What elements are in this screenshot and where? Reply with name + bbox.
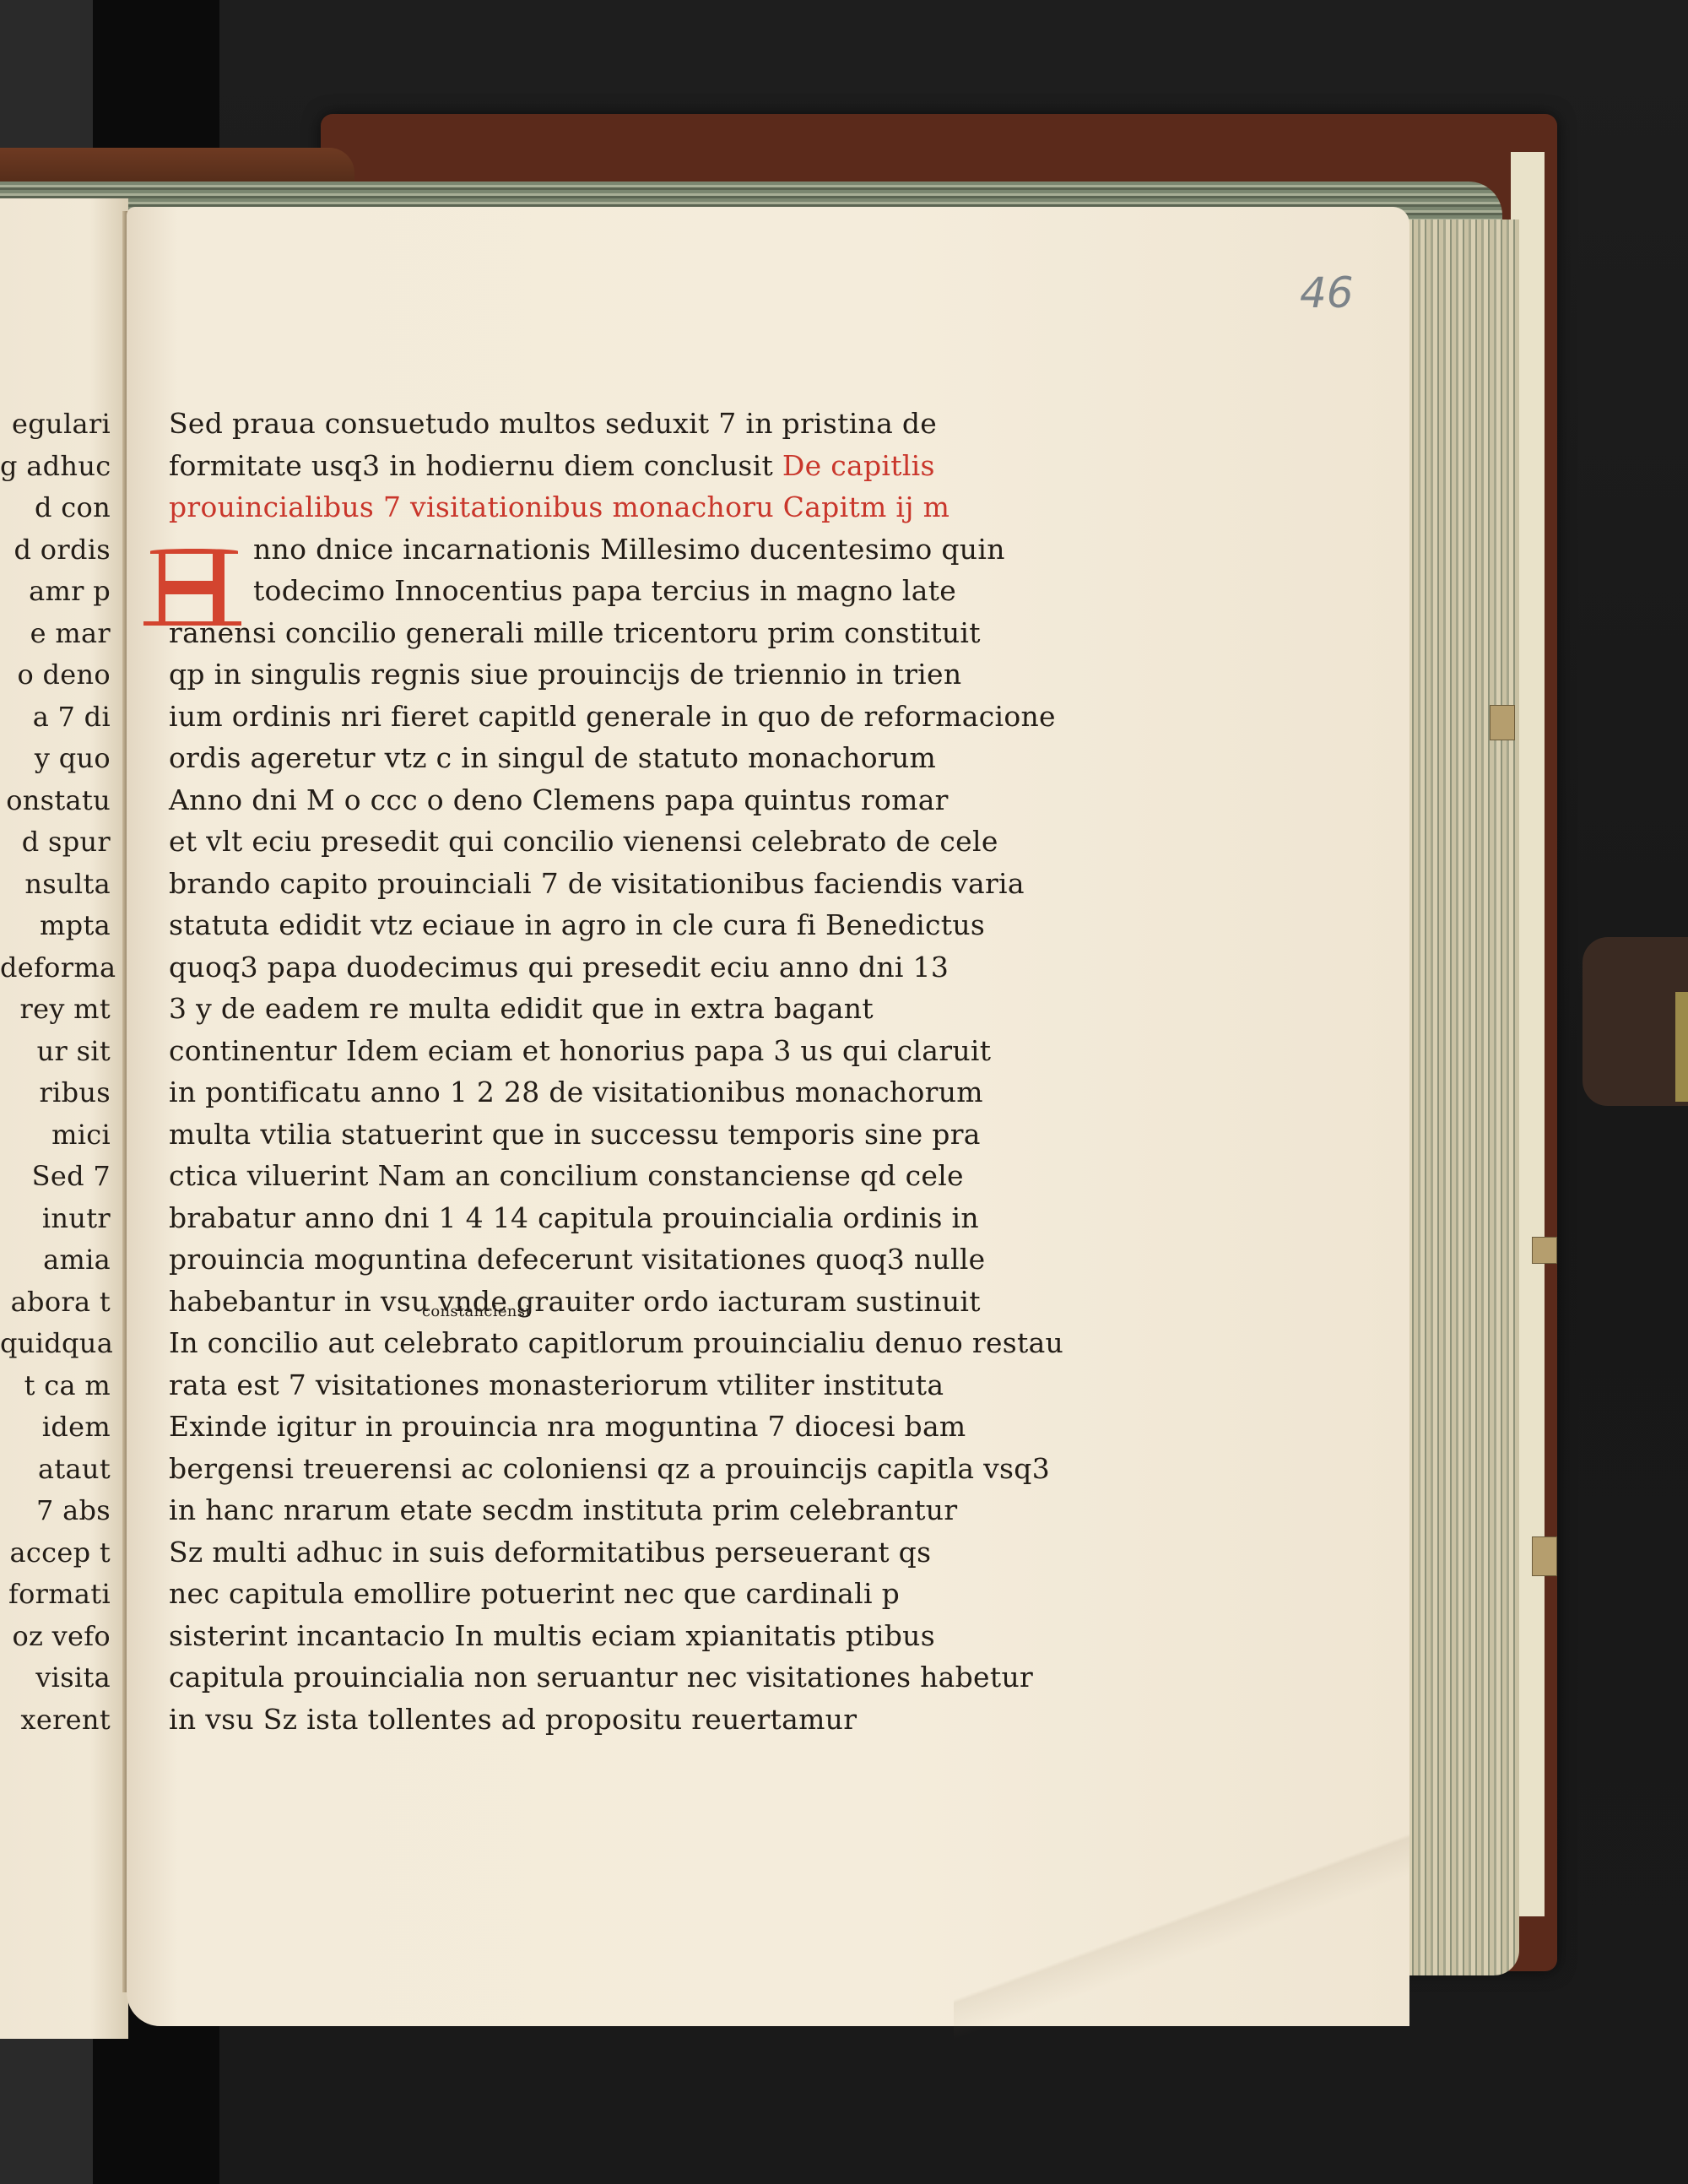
text-line: in vsu Sz ista tollentes ad propositu re…: [169, 1699, 1123, 1742]
left-line: egulari: [0, 404, 122, 446]
left-line: d spur: [0, 821, 122, 864]
text-line: continentur Idem eciam et honorius papa …: [169, 1031, 1123, 1073]
text-line: qp in singulis regnis siue prouincijs de…: [169, 654, 1123, 696]
text-line: quoq3 papa duodecimus qui presedit eciu …: [169, 947, 1123, 989]
left-line: Sed 7: [0, 1156, 122, 1198]
left-line: t ca m: [0, 1365, 122, 1407]
left-line: nsulta: [0, 864, 122, 906]
rubric-heading: prouincialibus 7 visitationibus monachor…: [169, 487, 1123, 529]
text-line: multa vtilia statuerint que in successu …: [169, 1114, 1123, 1157]
text-line: nno dnice incarnationis Millesimo ducent…: [169, 529, 1123, 572]
left-line: 7 abs: [0, 1490, 122, 1532]
left-line: accep t: [0, 1532, 122, 1574]
left-line: d ordis: [0, 529, 122, 572]
text-line: in pontificatu anno 1 2 28 de visitation…: [169, 1072, 1123, 1114]
left-line: oz vefo: [0, 1616, 122, 1658]
left-line: y quo: [0, 738, 122, 780]
left-line: amr p: [0, 571, 122, 613]
left-line: mici: [0, 1114, 122, 1157]
left-line: mpta: [0, 905, 122, 947]
left-line: xerent: [0, 1699, 122, 1742]
left-line: ur sit: [0, 1031, 122, 1073]
clasp-strap: [1582, 937, 1688, 1106]
text-line: Sz multi adhuc in suis deformitatibus pe…: [169, 1532, 1123, 1574]
text-line: prouincia moguntina defecerunt visitatio…: [169, 1239, 1123, 1282]
left-line: amia: [0, 1239, 122, 1282]
text-line: et vlt eciu presedit qui concilio vienen…: [169, 821, 1123, 864]
left-line: rey mt: [0, 989, 122, 1031]
left-line: ataut: [0, 1449, 122, 1491]
left-line: visita: [0, 1657, 122, 1699]
text-line: habebantur in vsu vnde grauiter ordo iac…: [169, 1282, 1123, 1324]
text-line: ordis ageretur vtz c in singul de statut…: [169, 738, 1123, 780]
text-line: rata est 7 visitationes monasteriorum vt…: [169, 1365, 1123, 1407]
left-page-text: egulari g adhuc d con d ordis amr p e ma…: [0, 404, 122, 1741]
text-line: 3 y de eadem re multa edidit que in extr…: [169, 989, 1123, 1031]
text-line: brando capito prouinciali 7 de visitatio…: [169, 864, 1123, 906]
text-line: Exinde igitur in prouincia nra moguntina…: [169, 1406, 1123, 1449]
left-line: e mar: [0, 613, 122, 655]
rubric-heading: De capitlis: [782, 449, 935, 482]
left-line: abora t: [0, 1282, 122, 1324]
text-line: Sed praua consuetudo multos seduxit 7 in…: [169, 404, 1123, 446]
main-text: Sed praua consuetudo multos seduxit 7 in…: [169, 404, 1123, 1741]
text-line: sisterint incantacio In multis eciam xpi…: [169, 1616, 1123, 1658]
text-line: in hanc nrarum etate secdm instituta pri…: [169, 1490, 1123, 1532]
page-fold-crease: [954, 1790, 1409, 2043]
text-line: ctica viluerint Nam an concilium constan…: [169, 1156, 1123, 1198]
left-line: deforma: [0, 947, 122, 989]
page-tab: [1532, 1237, 1557, 1264]
left-line: g adhuc: [0, 446, 122, 488]
text-line: todecimo Innocentius papa tercius in mag…: [169, 571, 1123, 613]
text-segment: In concilio aut celebrato capitlorum pro…: [169, 1326, 1063, 1359]
text-line: brabatur anno dni 1 4 14 capitula prouin…: [169, 1198, 1123, 1240]
text-line: constanciensi In concilio aut celebrato …: [169, 1323, 1123, 1365]
text-line: formitate usq3 in hodiernu diem conclusi…: [169, 446, 1123, 488]
text-line: bergensi treuerensi ac coloniensi qz a p…: [169, 1449, 1123, 1491]
text-line: ranensi concilio generali mille tricento…: [169, 613, 1123, 655]
text-line: nec capitula emollire potuerint nec que …: [169, 1574, 1123, 1616]
left-line: ribus: [0, 1072, 122, 1114]
text-line: capitula prouincialia non seruantur nec …: [169, 1657, 1123, 1699]
left-line: formati: [0, 1574, 122, 1616]
page-tab: [1532, 1536, 1557, 1576]
left-line: d con: [0, 487, 122, 529]
left-line: onstatu: [0, 780, 122, 822]
left-line: idem: [0, 1406, 122, 1449]
page-edges-fore: [1401, 219, 1519, 1975]
clasp-metal: [1675, 992, 1688, 1102]
left-line: a 7 di: [0, 696, 122, 739]
page-tab: [1490, 705, 1515, 740]
text-segment: formitate usq3 in hodiernu diem conclusi…: [169, 449, 773, 482]
interlinear-gloss: constanciensi: [422, 1304, 530, 1320]
left-line: inutr: [0, 1198, 122, 1240]
left-line: o deno: [0, 654, 122, 696]
left-line: quidqua: [0, 1323, 122, 1365]
text-line: Anno dni M o ccc o deno Clemens papa qui…: [169, 780, 1123, 822]
folio-number: 46: [1300, 268, 1354, 317]
text-line: statuta edidit vtz eciaue in agro in cle…: [169, 905, 1123, 947]
text-line: ium ordinis nri fieret capitld generale …: [169, 696, 1123, 739]
